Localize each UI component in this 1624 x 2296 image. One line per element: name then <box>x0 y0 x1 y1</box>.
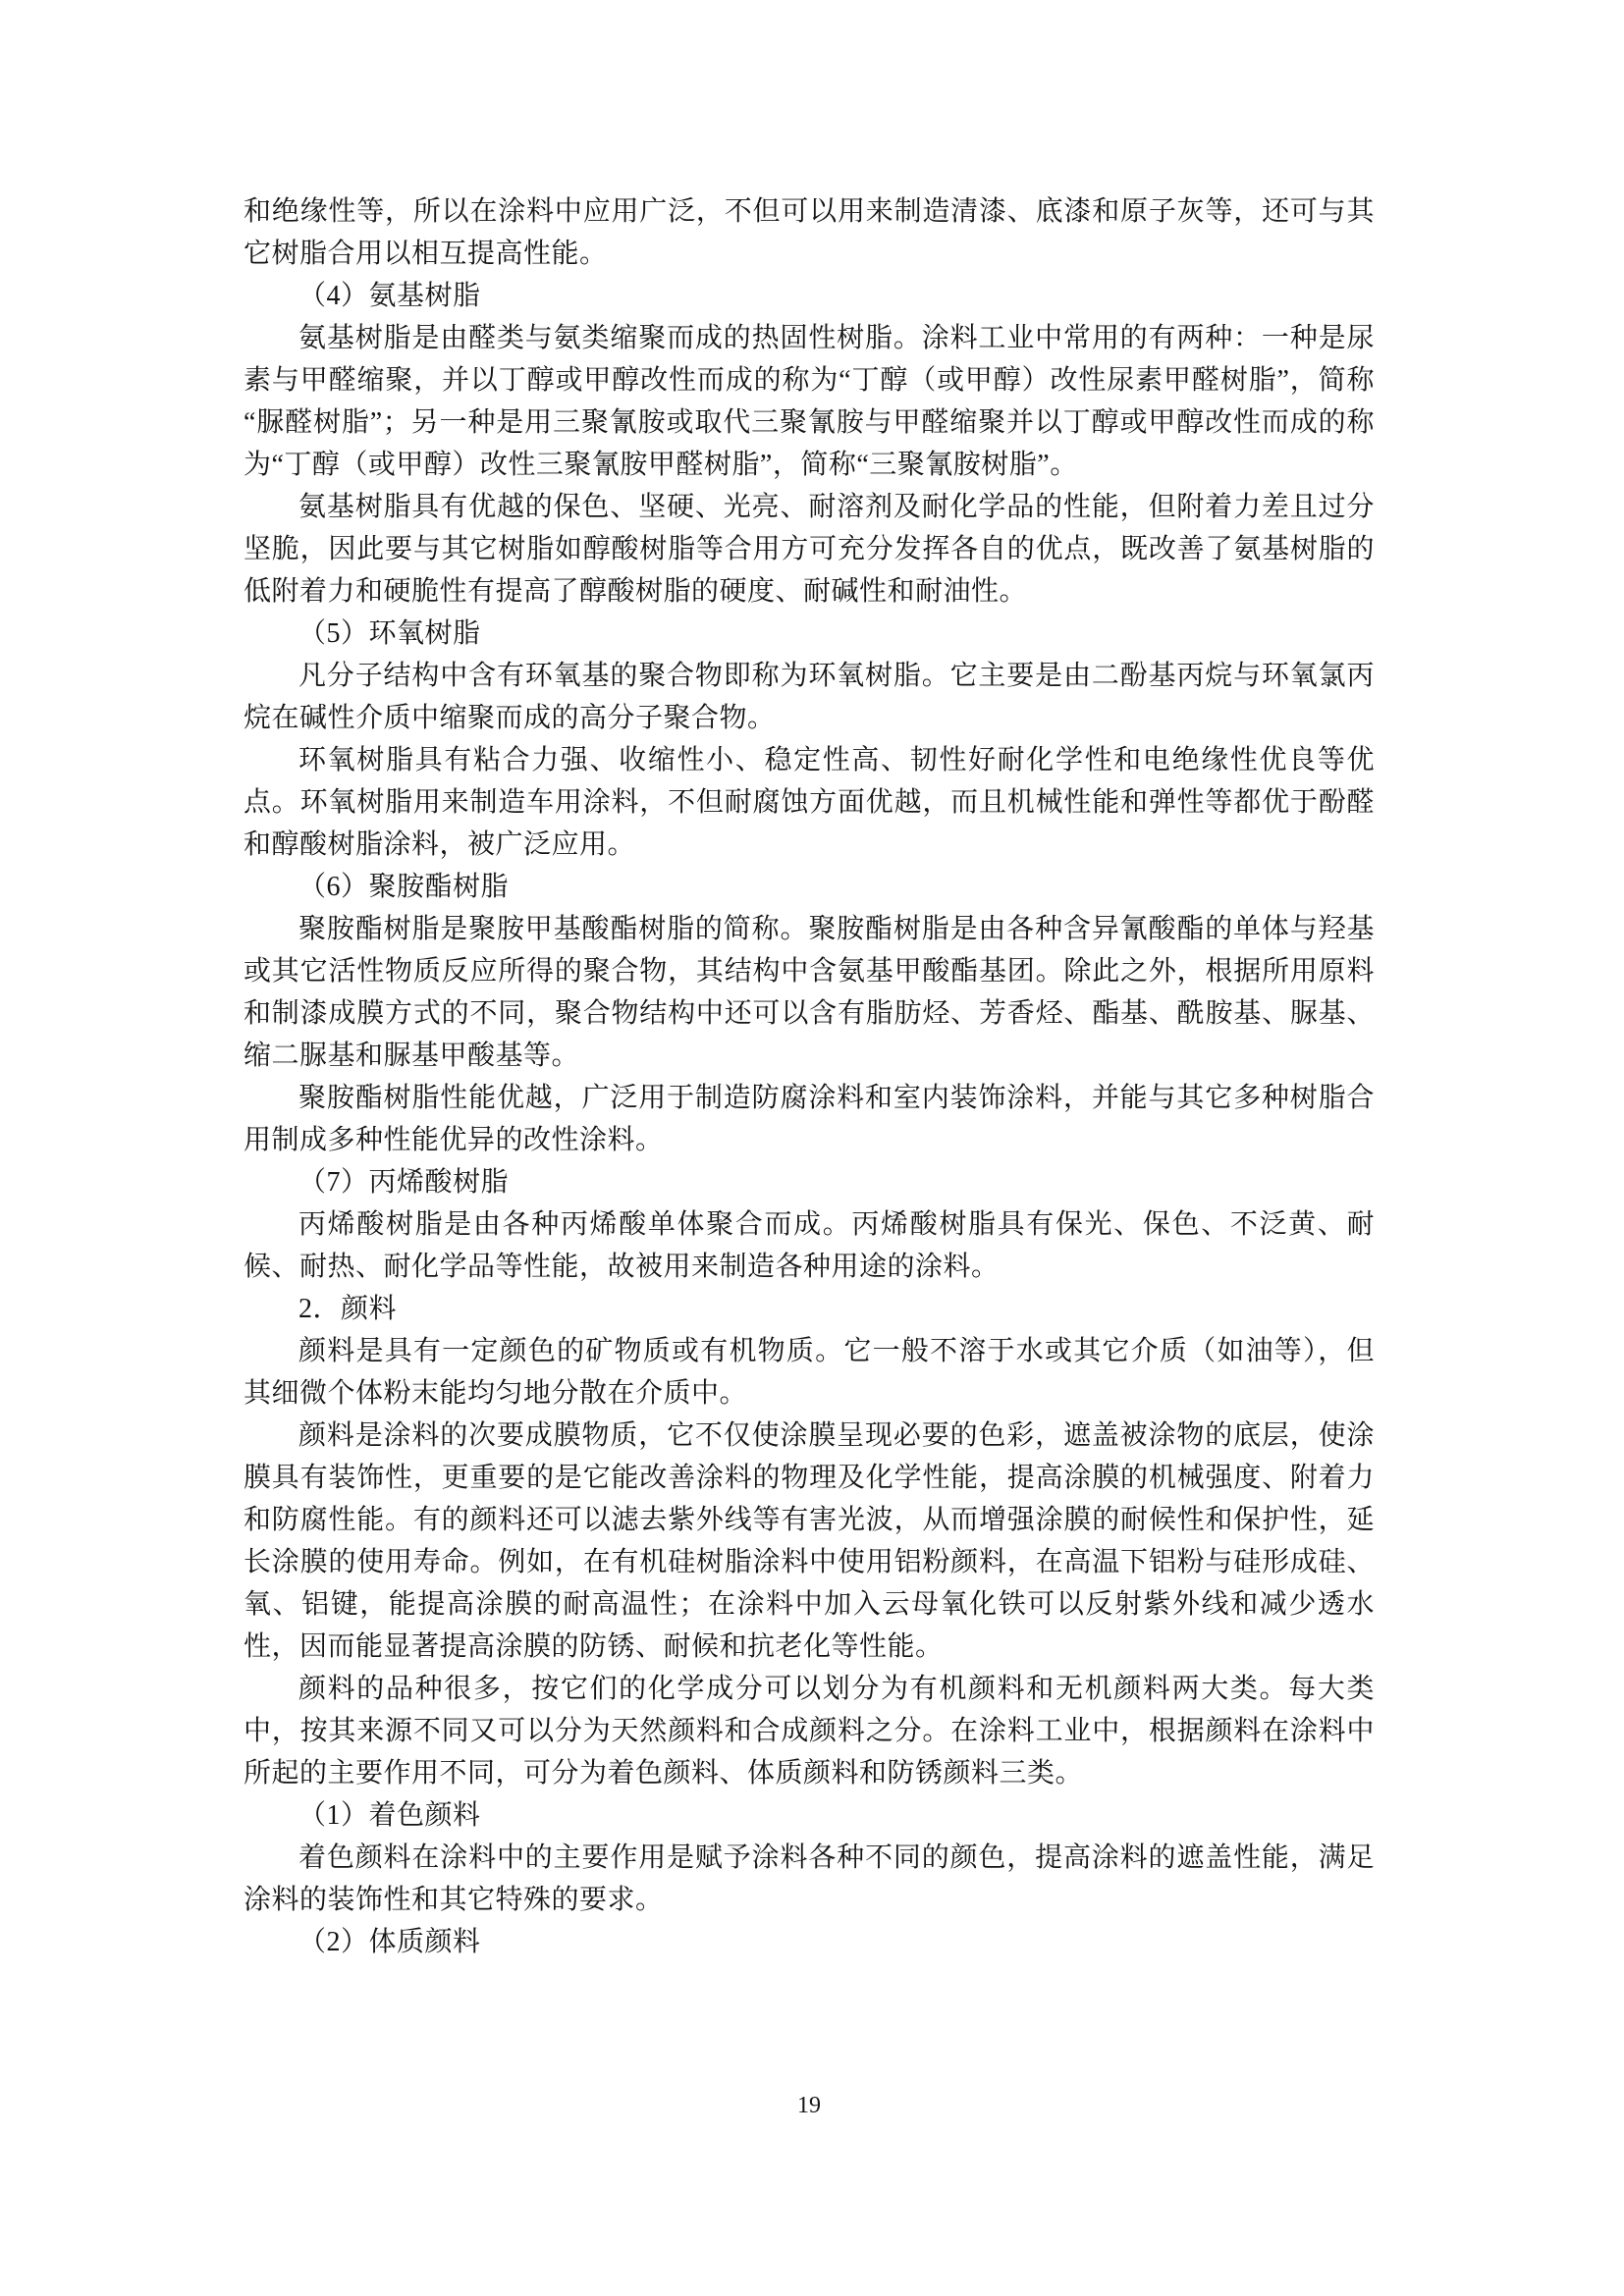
paragraph-continuation: 和绝缘性等，所以在涂料中应用广泛，不但可以用来制造清漆、底漆和原子灰等，还可与其… <box>244 190 1375 275</box>
paragraph-epoxy-resin-properties: 环氧树脂具有粘合力强、收缩性小、稳定性高、韧性好耐化学性和电绝缘性优良等优点。环… <box>244 739 1375 866</box>
heading-amino-resin: （4）氨基树脂 <box>244 275 1375 317</box>
document-page: 和绝缘性等，所以在涂料中应用广泛，不但可以用来制造清漆、底漆和原子灰等，还可与其… <box>0 0 1624 2296</box>
heading-acrylic-resin: （7）丙烯酸树脂 <box>244 1161 1375 1203</box>
heading-pigments: 2．颜料 <box>244 1288 1375 1330</box>
text-block: 和绝缘性等，所以在涂料中应用广泛，不但可以用来制造清漆、底漆和原子灰等，还可与其… <box>244 190 1375 1963</box>
paragraph-epoxy-resin-intro: 凡分子结构中含有环氧基的聚合物即称为环氧树脂。它主要是由二酚基丙烷与环氧氯丙烷在… <box>244 655 1375 739</box>
paragraph-pigments-definition: 颜料是具有一定颜色的矿物质或有机物质。它一般不溶于水或其它介质（如油等），但其细… <box>244 1330 1375 1415</box>
paragraph-coloring-pigments-role: 着色颜料在涂料中的主要作用是赋予涂料各种不同的颜色，提高涂料的遮盖性能，满足涂料… <box>244 1837 1375 1921</box>
paragraph-pigments-function: 颜料是涂料的次要成膜物质，它不仅使涂膜呈现必要的色彩，遮盖被涂物的底层，使涂膜具… <box>244 1415 1375 1668</box>
paragraph-acrylic-resin-intro: 丙烯酸树脂是由各种丙烯酸单体聚合而成。丙烯酸树脂具有保光、保色、不泛黄、耐候、耐… <box>244 1203 1375 1288</box>
paragraph-pigments-classification: 颜料的品种很多，按它们的化学成分可以划分为有机颜料和无机颜料两大类。每大类中，按… <box>244 1668 1375 1794</box>
heading-coloring-pigments: （1）着色颜料 <box>244 1794 1375 1837</box>
paragraph-amino-resin-intro: 氨基树脂是由醛类与氨类缩聚而成的热固性树脂。涂料工业中常用的有两种：一种是尿素与… <box>244 317 1375 486</box>
page-number: 19 <box>244 2093 1375 2119</box>
paragraph-polyurethane-resin-intro: 聚胺酯树脂是聚胺甲基酸酯树脂的简称。聚胺酯树脂是由各种含异氰酸酯的单体与羟基或其… <box>244 908 1375 1077</box>
heading-polyurethane-resin: （6）聚胺酯树脂 <box>244 866 1375 908</box>
paragraph-polyurethane-resin-uses: 聚胺酯树脂性能优越，广泛用于制造防腐涂料和室内装饰涂料，并能与其它多种树脂合用制… <box>244 1077 1375 1161</box>
heading-extender-pigments: （2）体质颜料 <box>244 1921 1375 1963</box>
paragraph-amino-resin-properties: 氨基树脂具有优越的保色、坚硬、光亮、耐溶剂及耐化学品的性能，但附着力差且过分坚脆… <box>244 486 1375 613</box>
heading-epoxy-resin: （5）环氧树脂 <box>244 613 1375 655</box>
